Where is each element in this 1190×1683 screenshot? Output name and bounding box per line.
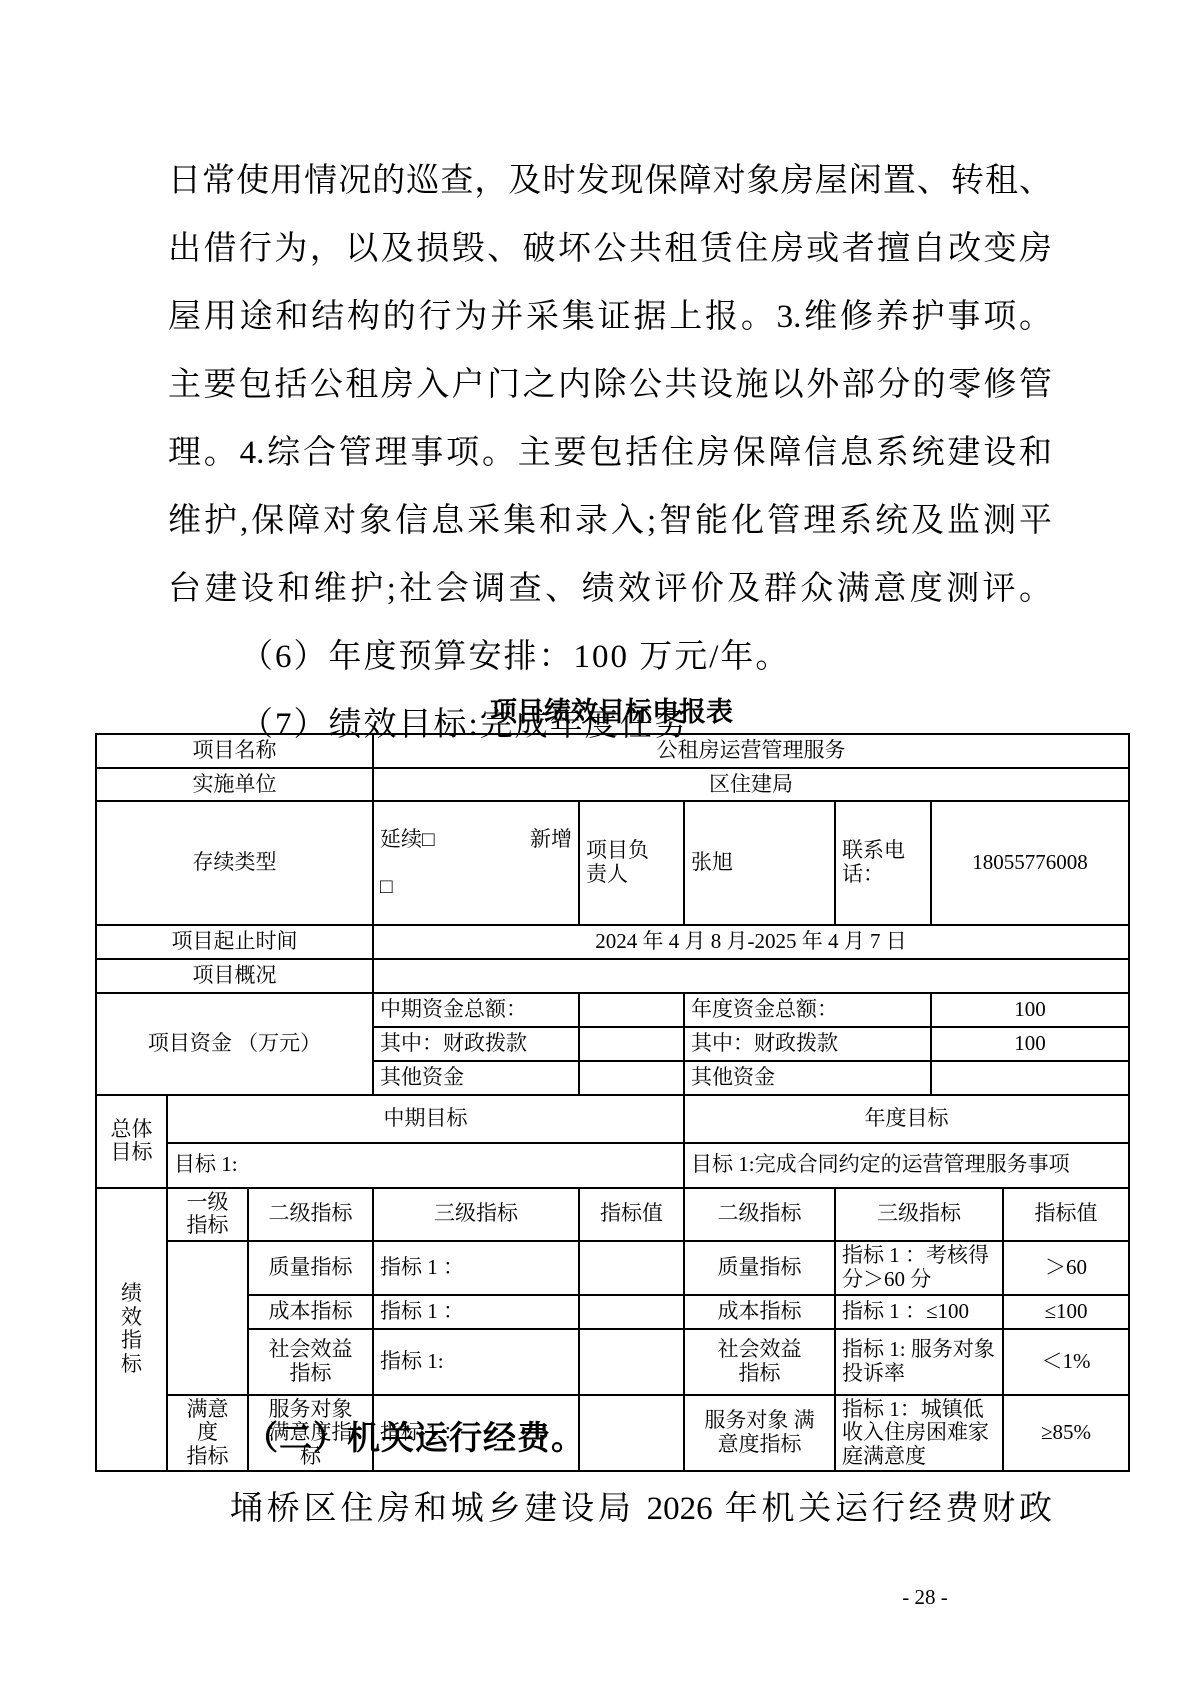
row-cost-indicator: 成本指标 指标 1 ： 成本指标 指标 1 ：≤100 ≤100 [96, 1295, 1129, 1329]
cost-l3-year: 指标 1 ：≤100 [835, 1295, 1003, 1329]
cost-l2-mid: 成本指标 [248, 1295, 373, 1329]
paragraph-line: 出借行为，以及损毁、破坏公共租赁住房或者擅自改变房 [168, 220, 1052, 288]
section-heading: （二）机关运行经费。 [245, 1412, 585, 1459]
funds-mid-fiscal-label: 其中：财政拨款 [373, 1027, 579, 1061]
funds-year-fiscal-value: 100 [931, 1027, 1129, 1061]
row-social-benefit-indicator: 社会效益 指标 指标 1: 社会效益 指标 指标 1: 服务对象 投诉率 ＜1% [96, 1329, 1129, 1395]
body-paragraph: 日常使用情况的巡查，及时发现保障对象房屋闲置、转租、 出借行为，以及损毁、破坏公… [168, 152, 1052, 764]
list-item-6: （6）年度预算安排：100 万元/年。 [168, 628, 1052, 696]
satisfaction-l2-year: 服务对象 满 意度指标 [684, 1395, 835, 1472]
funds-mid-fiscal-value [579, 1027, 684, 1061]
social-l3-year: 指标 1: 服务对象 投诉率 [835, 1329, 1003, 1395]
duration-type-options: 延续□ 新增 □ [373, 801, 579, 925]
paragraph-line: 主要包括公租房入户门之内除公共设施以外部分的零修管 [168, 356, 1052, 424]
funds-year-total-label: 年度资金总额： [684, 993, 931, 1027]
year-goal-header: 年度目标 [684, 1095, 1129, 1143]
quality-l2-year: 质量指标 [684, 1241, 835, 1295]
year-goal-1: 目标 1:完成合同约定的运营管理服务事项 [684, 1143, 1129, 1188]
funds-mid-other-label: 其他资金 [373, 1061, 579, 1095]
social-l3-mid: 指标 1: [373, 1329, 579, 1395]
funds-year-other-value [931, 1061, 1129, 1095]
header-level1: 一级 指标 [167, 1188, 248, 1241]
cost-l2-year: 成本指标 [684, 1295, 835, 1329]
funds-year-total-value: 100 [931, 993, 1129, 1027]
social-value-year: ＜1% [1003, 1329, 1129, 1395]
overview-label: 项目概况 [96, 959, 373, 993]
funds-mid-other-value [579, 1061, 684, 1095]
satisfaction-l3-year: 指标 1：城镇低 收入住房困难家 庭满意度 [835, 1395, 1003, 1472]
satisfaction-value-mid [579, 1395, 684, 1472]
paragraph-line: 台建设和维护;社会调查、绩效评价及群众满意度测评。 [168, 560, 1052, 628]
phone-value: 18055776008 [931, 801, 1129, 925]
funds-mid-total-value [579, 993, 684, 1027]
duration-type-label: 存续类型 [96, 801, 373, 925]
mid-goal-header: 中期目标 [167, 1095, 684, 1143]
period-value: 2024 年 4 月 8 月-2025 年 4 月 7 日 [373, 925, 1129, 959]
row-overview: 项目概况 [96, 959, 1129, 993]
table-title: 项目绩效目标申报表 [95, 690, 1128, 729]
project-name-value: 公租房运营管理服务 [373, 734, 1129, 768]
social-l2-year: 社会效益 指标 [684, 1329, 835, 1395]
impl-unit-value: 区住建局 [373, 768, 1129, 801]
funds-year-fiscal-label: 其中：财政拨款 [684, 1027, 931, 1061]
row-quality-indicator: 质量指标 指标 1 ： 质量指标 指标 1 ：考核得 分＞60 分 ＞60 [96, 1241, 1129, 1295]
row-period: 项目起止时间 2024 年 4 月 8 月-2025 年 4 月 7 日 [96, 925, 1129, 959]
row-impl-unit: 实施单位 区住建局 [96, 768, 1129, 801]
row-goal-headers: 总体 目标 中期目标 年度目标 [96, 1095, 1129, 1143]
funds-label: 项目资金 （万元） [96, 993, 373, 1095]
funds-year-other-label: 其他资金 [684, 1061, 931, 1095]
quality-l2-mid: 质量指标 [248, 1241, 373, 1295]
quality-l3-mid: 指标 1 ： [373, 1241, 579, 1295]
new-option-label: 新增 [530, 828, 572, 852]
project-name-label: 项目名称 [96, 734, 373, 768]
quality-l3-year: 指标 1 ：考核得 分＞60 分 [835, 1241, 1003, 1295]
header-value-year: 指标值 [1003, 1188, 1129, 1241]
paragraph-line: 屋用途和结构的行为并采集证据上报。3.维修养护事项。 [168, 288, 1052, 356]
row-duration-type: 存续类型 延续□ 新增 □ 项目负 责人 张旭 联系电 话： 180557760… [96, 801, 1129, 925]
row-indicator-headers: 绩 效 指 标 一级 指标 二级指标 三级指标 指标值 二级指标 三级指标 指标… [96, 1188, 1129, 1241]
paragraph-line: 理。4.综合管理事项。主要包括住房保障信息系统建设和 [168, 424, 1052, 492]
satisfaction-level1: 满意 度 指标 [167, 1395, 248, 1472]
new-checkbox: □ [380, 875, 572, 899]
overall-goal-label: 总体 目标 [96, 1095, 167, 1188]
performance-target-table: 项目名称 公租房运营管理服务 实施单位 区住建局 存续类型 延续□ 新增 □ 项… [95, 733, 1130, 1472]
row-goal-1: 目标 1: 目标 1:完成合同约定的运营管理服务事项 [96, 1143, 1129, 1188]
quality-value-year: ＞60 [1003, 1241, 1129, 1295]
duration-type-line1: 延续□ 新增 [380, 828, 572, 852]
social-value-mid [579, 1329, 684, 1395]
leader-label: 项目负 责人 [579, 801, 684, 925]
perf-indicator-label: 绩 效 指 标 [96, 1188, 167, 1472]
level1-blank-cell [167, 1241, 248, 1395]
header-level3-mid: 三级指标 [373, 1188, 579, 1241]
row-funds-total: 项目资金 （万元） 中期资金总额： 年度资金总额： 100 [96, 993, 1129, 1027]
funds-mid-total-label: 中期资金总额： [373, 993, 579, 1027]
header-level2-mid: 二级指标 [248, 1188, 373, 1241]
mid-goal-1: 目标 1: [167, 1143, 684, 1188]
paragraph-line: 维护,保障对象信息采集和录入;智能化管理系统及监测平 [168, 492, 1052, 560]
social-l2-mid: 社会效益 指标 [248, 1329, 373, 1395]
satisfaction-value-year: ≥85% [1003, 1395, 1129, 1472]
closing-paragraph-line: 埇桥区住房和城乡建设局 2026 年机关运行经费财政 [230, 1482, 1052, 1529]
phone-label: 联系电 话： [835, 801, 931, 925]
header-level3-year: 三级指标 [835, 1188, 1003, 1241]
cost-value-mid [579, 1295, 684, 1329]
cost-l3-mid: 指标 1 ： [373, 1295, 579, 1329]
impl-unit-label: 实施单位 [96, 768, 373, 801]
row-project-name: 项目名称 公租房运营管理服务 [96, 734, 1129, 768]
page-number: - 28 - [880, 1585, 970, 1610]
continue-checkbox-option: 延续□ [380, 828, 435, 852]
overview-value [373, 959, 1129, 993]
header-level2-year: 二级指标 [684, 1188, 835, 1241]
document-page: 日常使用情况的巡查，及时发现保障对象房屋闲置、转租、 出借行为，以及损毁、破坏公… [0, 0, 1190, 1683]
header-value-mid: 指标值 [579, 1188, 684, 1241]
quality-value-mid [579, 1241, 684, 1295]
cost-value-year: ≤100 [1003, 1295, 1129, 1329]
period-label: 项目起止时间 [96, 925, 373, 959]
paragraph-line: 日常使用情况的巡查，及时发现保障对象房屋闲置、转租、 [168, 152, 1052, 220]
leader-value: 张旭 [684, 801, 835, 925]
